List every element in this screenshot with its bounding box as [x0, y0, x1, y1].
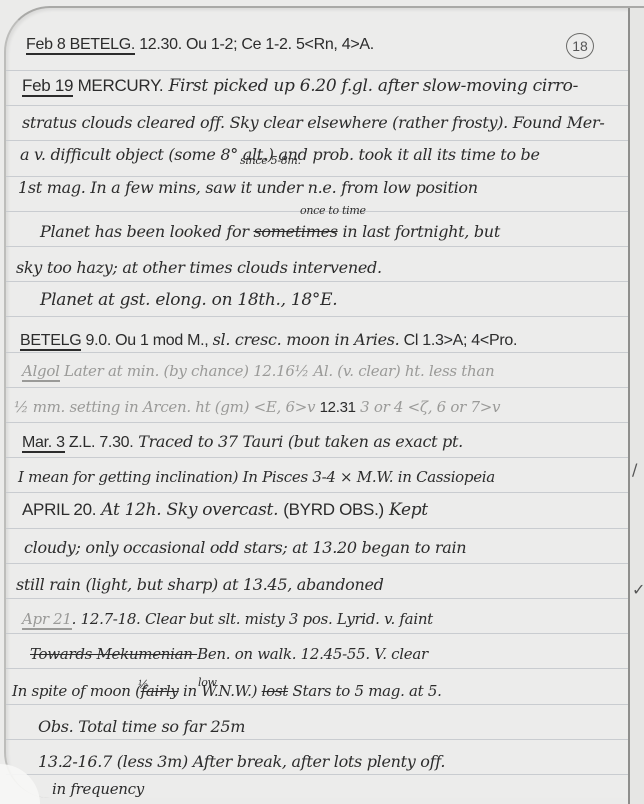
- line-text: still rain (light, but sharp) at 13.45, …: [16, 575, 384, 594]
- ruled-line: [6, 492, 644, 493]
- notebook-line: still rain (light, but sharp) at 13.45, …: [16, 575, 384, 594]
- line-text: Traced to 37 Tauri (but taken as exact p…: [133, 432, 462, 451]
- margin-tick-mark: /: [632, 460, 637, 479]
- line-text: 12.31: [320, 399, 356, 416]
- notebook-line: 13.2-16.7 (less 3m) After break, after l…: [38, 752, 445, 771]
- adjacent-page-edge: [630, 8, 644, 804]
- line-text: in last fortnight, but: [338, 222, 500, 241]
- line-text: 13.2-16.7 (less 3m) After break, after l…: [38, 752, 445, 771]
- page-number: 18: [566, 33, 594, 59]
- notebook-page: 18 Feb 8 BETELG. 12.30. Ou 1-2; Ce 1-2. …: [0, 0, 644, 804]
- ruled-line: [6, 739, 644, 740]
- notebook-line: 1st mag. In a few mins, saw it under n.e…: [18, 178, 478, 197]
- notebook-line: Algol Later at min. (by chance) 12.16½ A…: [22, 362, 494, 380]
- ruled-line: [6, 352, 644, 353]
- line-text: in W.N.W.): [179, 682, 262, 700]
- notebook-line: Towards Mekumenian Ben. on walk. 12.45-5…: [30, 645, 428, 663]
- line-text: sometimes: [254, 222, 338, 241]
- ruled-line: [6, 140, 644, 141]
- notebook-line: Planet has been looked for sometimes in …: [40, 222, 500, 241]
- line-text: In spite of moon (: [12, 682, 141, 700]
- ruled-line: [6, 774, 644, 775]
- line-text: 3 or 4 <ζ, 6 or 7>v: [356, 398, 500, 416]
- ruled-line: [6, 598, 644, 599]
- margin-line: [628, 8, 630, 804]
- underlined-heading: Feb 8: [26, 36, 65, 55]
- interlinear-note: since 5-8m.: [240, 154, 301, 167]
- line-text: 9.0. Ou 1 mod M.,: [81, 332, 212, 349]
- ruled-line: [6, 528, 644, 529]
- line-text: stratus clouds cleared off. Sky clear el…: [22, 113, 604, 132]
- line-text: Z.L. 7.30.: [65, 434, 134, 451]
- ruled-line: [6, 668, 644, 669]
- notebook-line: BETELG 9.0. Ou 1 mod M., sl. cresc. moon…: [20, 330, 517, 350]
- line-text: Ben. on walk. 12.45-55. V. clear: [197, 645, 428, 663]
- underlined-heading: Algol: [22, 362, 60, 382]
- ruled-line: [6, 563, 644, 564]
- line-text: Obs. Total time so far 25m: [38, 717, 245, 736]
- ruled-line: [6, 176, 644, 177]
- line-text: First picked up 6.20 f.gl. after slow-mo…: [163, 76, 578, 96]
- interlinear-note: once to time: [300, 204, 366, 217]
- notebook-line: ½ mm. setting in Arcen. ht (gm) <E, 6>v …: [14, 398, 500, 416]
- line-text: Cl 1.3>A; 4<Pro.: [399, 332, 517, 349]
- ruled-line: [6, 704, 644, 705]
- notebook-line: stratus clouds cleared off. Sky clear el…: [22, 113, 604, 132]
- ruled-line: [6, 70, 644, 71]
- ruled-line: [6, 633, 644, 634]
- ruled-line: [6, 422, 644, 423]
- line-text: in frequency: [52, 780, 144, 798]
- underlined-heading: Mar. 3: [22, 434, 65, 453]
- notebook-line: Feb 8 BETELG. 12.30. Ou 1-2; Ce 1-2. 5<R…: [26, 34, 374, 54]
- line-text: Towards Mekumenian: [30, 645, 197, 663]
- line-text: sl. cresc. moon in Aries.: [213, 330, 400, 349]
- line-text: At 12h. Sky overcast.: [96, 500, 283, 520]
- notebook-line: in frequency: [52, 780, 144, 798]
- notebook-line: I mean for getting inclination) In Pisce…: [18, 468, 495, 486]
- notebook-line: Apr 21. 12.7-18. Clear but slt. misty 3 …: [22, 610, 433, 628]
- line-text: cloudy; only occasional odd stars; at 13…: [24, 538, 466, 557]
- line-text: ½ mm. setting in Arcen. ht (gm) <E, 6>v: [14, 398, 320, 416]
- line-text: lost: [262, 682, 288, 700]
- ruled-line: [6, 105, 644, 106]
- notebook-line: Feb 19 MERCURY. First picked up 6.20 f.g…: [22, 76, 578, 96]
- notebook-line: Mar. 3 Z.L. 7.30. Traced to 37 Tauri (bu…: [22, 432, 463, 452]
- line-text: Planet at gst. elong. on 18th., 18°E.: [40, 290, 337, 310]
- ruled-line: [6, 457, 644, 458]
- interlinear-note: ½: [138, 678, 148, 691]
- line-text: . 12.7-18. Clear but slt. misty 3 pos. L…: [72, 610, 433, 628]
- underlined-heading: Apr 21: [22, 610, 72, 630]
- line-text: MERCURY.: [73, 76, 163, 95]
- line-text: 12.30. Ou 1-2; Ce 1-2. 5<Rn, 4>A.: [135, 36, 374, 53]
- line-text: Later at min. (by chance) 12.16½ Al. (v.…: [60, 362, 495, 380]
- notebook-line: Obs. Total time so far 25m: [38, 717, 245, 736]
- line-text: (BYRD OBS.): [283, 500, 384, 519]
- line-text: Stars to 5 mag. at 5.: [288, 682, 442, 700]
- notebook-line: APRIL 20. At 12h. Sky overcast. (BYRD OB…: [22, 500, 428, 520]
- line-text: Kept: [384, 500, 428, 520]
- notebook-line: sky too hazy; at other times clouds inte…: [16, 258, 382, 277]
- ruled-line: [6, 281, 644, 282]
- ruled-line: [6, 316, 644, 317]
- underlined-heading: BETELG.: [65, 36, 135, 55]
- line-text: APRIL 20.: [22, 500, 96, 519]
- ruled-line: [6, 246, 644, 247]
- underlined-heading: BETELG: [20, 332, 81, 351]
- line-text: 1st mag. In a few mins, saw it under n.e…: [18, 178, 478, 197]
- ruled-line: [6, 387, 644, 388]
- line-text: Planet has been looked for: [40, 222, 254, 241]
- line-text: sky too hazy; at other times clouds inte…: [16, 258, 382, 277]
- line-text: I mean for getting inclination) In Pisce…: [18, 468, 495, 486]
- interlinear-note: low: [198, 676, 217, 689]
- underlined-heading: Feb 19: [22, 76, 73, 97]
- notebook-line: In spite of moon (fairly in W.N.W.) lost…: [12, 682, 442, 700]
- notebook-line: Planet at gst. elong. on 18th., 18°E.: [40, 290, 337, 310]
- notebook-line: cloudy; only occasional odd stars; at 13…: [24, 538, 466, 557]
- margin-check-mark: ✓: [632, 580, 644, 599]
